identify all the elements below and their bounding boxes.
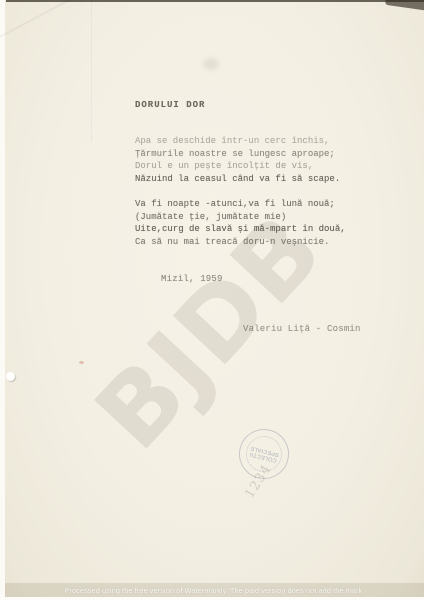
poem-line: Apa se deschide într-un cerc închis, [135, 136, 340, 149]
stanza-2: Va fi noapte -atunci,va fi lună nouă; (J… [135, 199, 346, 249]
poem-line: Va fi noapte -atunci,va fi lună nouă; [135, 199, 346, 212]
watermarkly-footer-text: Processed using the free version of Wate… [65, 586, 365, 595]
poem-line: Țărmurile noastre se lungesc aproape; [135, 149, 340, 162]
punch-hole [6, 372, 15, 381]
paper-speck [79, 361, 84, 364]
poem-line: (Jumătate ție, jumătate mie) [135, 212, 346, 225]
watermarkly-footer-bar: Processed using the free version of Wate… [5, 583, 424, 597]
scan-edge-left [0, 0, 5, 600]
stanza-1: Apa se deschide într-un cerc închis, Țăr… [135, 136, 340, 186]
paper-smudge [203, 58, 219, 70]
scanned-document-page: BJDB DORULUI DOR Apa se deschide într-un… [0, 0, 424, 600]
paper-crease-diagonal [0, 0, 90, 42]
scan-corner-mark [385, 0, 424, 11]
paper-crease-vertical [91, 2, 93, 142]
poem-line: Uite,curg de slavă și mă-mpart în două, [135, 224, 346, 237]
poem-line: Ca să nu mai treacă doru-n veșnicie. [135, 237, 346, 250]
poem-title: DORULUI DOR [135, 100, 205, 110]
author-signature: Valeriu Liță - Cosmin [243, 324, 361, 334]
poem-line: Năzuind la ceasul când va fi să scape. [135, 174, 340, 187]
place-date: Mizil, 1959 [161, 274, 223, 284]
poem-line: Dorul e un pește încolțit de vis, [135, 161, 340, 174]
